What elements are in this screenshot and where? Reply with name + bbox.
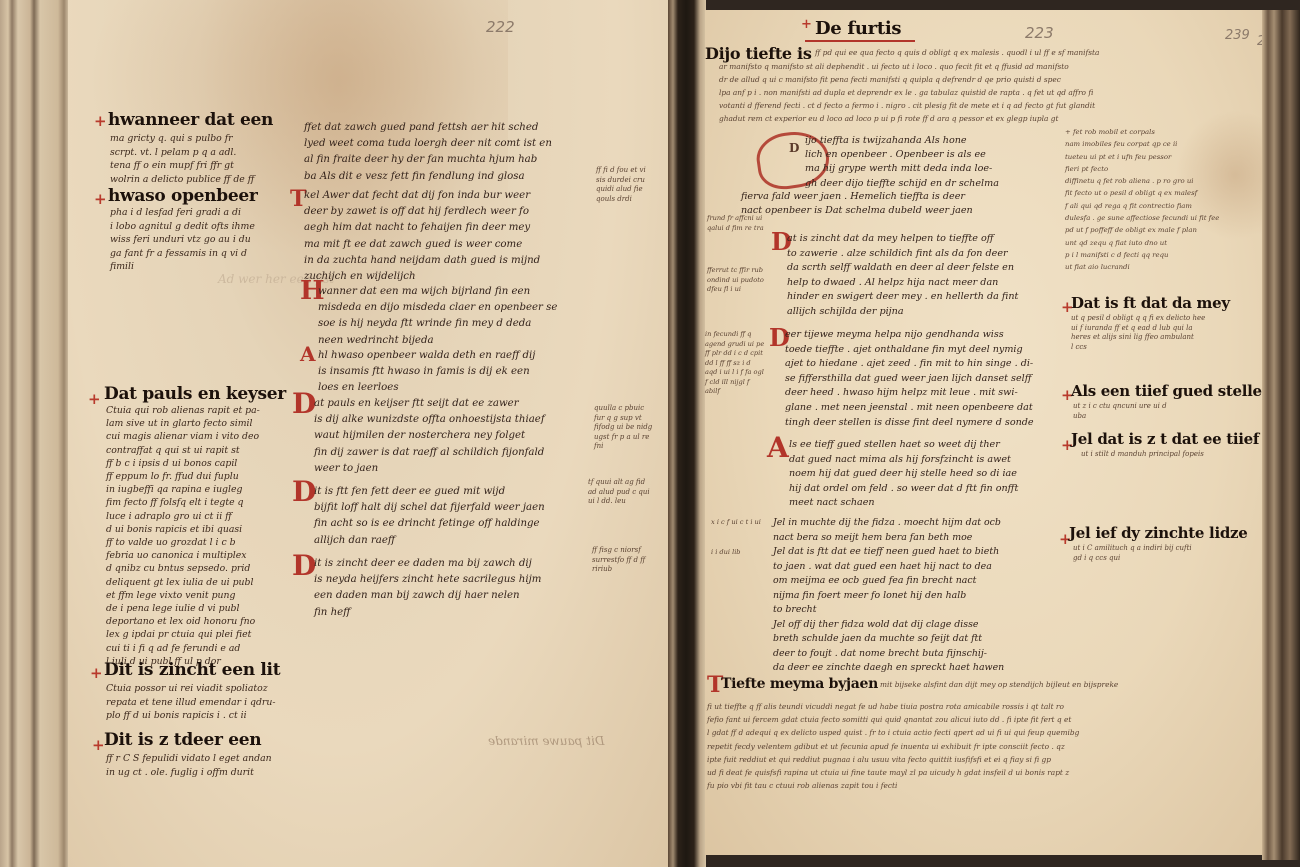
section-heading: hwaso openbeer (108, 186, 258, 206)
rubric-initial: A (300, 344, 316, 364)
section-text: pha i d lesfad feri gradi a di i lobo ag… (110, 206, 285, 274)
section-heading: Jel dat is z t dat ee tiief (1071, 430, 1259, 448)
rubric-initial: D (292, 390, 316, 418)
paragraph: fierva fald weer jaen . Hemelich tieffta… (741, 190, 1067, 218)
margin-note: quulla c pbuic fur q g sup vt fifodg ui … (594, 404, 656, 452)
section-text: Ctuia possor ui rei viadit spoliatoz rep… (106, 682, 284, 723)
gloss-text: ar manifsto q manifsto st ali dephendit … (719, 60, 1284, 125)
folio-number-right: 223 (1025, 24, 1054, 42)
margin-note: i i dui lib (711, 548, 771, 558)
paragraph: wanner dat een ma wijch bijrland fin een… (318, 284, 598, 349)
right-page-stack (1262, 10, 1300, 860)
paragraph: hl hwaso openbeer walda deth en raeff di… (318, 348, 598, 397)
section-heading: Als een tiief gued stelle (1071, 382, 1262, 400)
section-heading: Tiefte meyma byjaen (721, 676, 878, 692)
gloss-text: ut i stilt d manduh principal fopeis (1081, 450, 1281, 460)
initial-guide-letter: D (789, 142, 799, 154)
book-gutter (668, 0, 706, 867)
paragraph: ijo tieffta is twijzahanda Als hone lich… (805, 134, 1067, 191)
section-text: ma gricty q. qui s pulbo fr scrpt. vt. l… (110, 132, 285, 186)
gloss-text: fi ut tieffte q ff alis teundi vicuddi n… (707, 700, 1282, 792)
section-heading: Dat pauls en keyser (104, 384, 286, 404)
right-page: + De furtis 223 239 241 Dijo tiefte is f… (705, 10, 1290, 855)
paragraph: eer tijewe meyma helpa nijo gendhanda wi… (785, 328, 1071, 430)
folio-number-left: 222 (486, 18, 515, 36)
rubric-cross-icon: + (94, 114, 107, 129)
rubric-cross-icon: + (88, 392, 101, 407)
title-underline (805, 40, 915, 42)
section-heading: Dit is z tdeer een (104, 730, 261, 750)
bleed-through-mirrored-text: Dit pauwe mirande (488, 734, 604, 748)
paragraph: it is zincht deer ee daden ma bij zawch … (314, 556, 600, 621)
binding-bottom-edge (700, 853, 1300, 867)
rubric-cross-icon: + (92, 738, 105, 753)
open-manuscript: 222 + hwanneer dat een ma gricty q. qui … (0, 0, 1300, 867)
left-page: 222 + hwanneer dat een ma gricty q. qui … (68, 0, 671, 867)
section-text: Ctuia qui rob alienas rapit et pa- lam s… (106, 404, 284, 668)
paragraph: at pauls en keijser ftt seijt dat ee zaw… (314, 396, 600, 477)
paragraph: ffet dat zawch gued pand fettsh aer hit … (304, 120, 594, 185)
margin-note: in fecundi ff q agend grudi ui pe ff plr… (705, 330, 765, 397)
section-heading: hwanneer dat een (108, 110, 273, 130)
heading-continuation: mit bijseke alsfint dan dijt mey op sten… (880, 680, 1280, 690)
gloss-text: ut i C amilituch q a indiri bij cufti gd… (1073, 544, 1273, 563)
paragraph: ls ee tieff gued stellen haet so weet di… (789, 438, 1071, 511)
gloss-text: ut q pesil d obligt q q fi ex delicto he… (1071, 314, 1281, 352)
margin-note: tf quui alt ag fid ad alud pud c qui ui … (588, 478, 654, 507)
rubric-initial: D (292, 478, 316, 506)
rubric-cross-icon: + (801, 18, 812, 31)
rubric-initial: A (767, 434, 789, 462)
alt-folio-number: 239 (1225, 28, 1250, 43)
left-page-stack (0, 0, 70, 867)
paragraph: at is zincht dat da mey helpen to tiefft… (787, 232, 1069, 319)
rubric-initial: D (292, 552, 316, 580)
margin-note: ff fisg c niorsf surrestfo ff d ff ririu… (592, 546, 654, 575)
paragraph: kel Awer dat fecht dat dij fon inda bur … (304, 188, 594, 285)
margin-note: fferrut tc ffir rub ondind ui pudoto dfe… (707, 266, 765, 295)
rubric-cross-icon: + (90, 666, 103, 681)
section-heading: Jel ief dy zinchte lidze (1069, 524, 1248, 542)
margin-note: x i c f ui c t i ui (711, 518, 771, 528)
rubric-cross-icon: + (94, 192, 107, 207)
section-heading: Dat is ft dat da mey (1071, 294, 1230, 312)
section-text: ff r C S fepulidi vidato l eget andan in… (106, 752, 286, 779)
margin-note: frund fr affcni ui qalui d fim re tra (707, 214, 765, 233)
gloss-text: ff pd qui ee qua fecto q quis d obligt q… (815, 46, 1285, 59)
running-title: De furtis (815, 18, 901, 39)
paragraph: it is ftt fen fett deer ee gued mit wijd… (314, 484, 600, 549)
gloss-text: ut z i c ctu qncuni ure ui d uba (1073, 402, 1273, 421)
gloss-text: + fet rob mobil et corpals nam imobiles … (1065, 126, 1280, 274)
paragraph: Jel in muchte dij the fidza . moecht hij… (773, 516, 1073, 676)
margin-note: ff fi d fou et vi sis durdei cru quidi a… (596, 166, 656, 204)
section-heading: Dit is zincht een lit (104, 660, 280, 680)
